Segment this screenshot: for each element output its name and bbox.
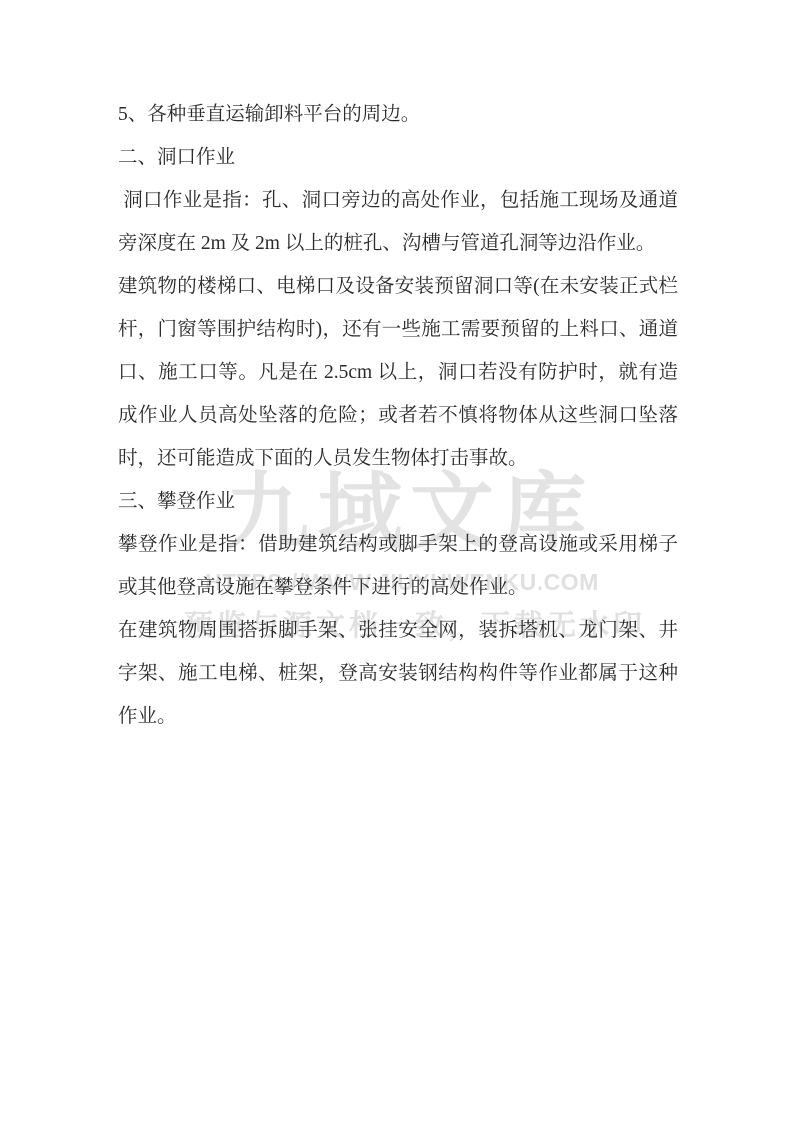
paragraph: 5、各种垂直运输卸料平台的周边。 <box>118 93 678 136</box>
paragraph: 建筑物的楼梯口、电梯口及设备安装预留洞口等(在未安装正式栏杆，门窗等围护结构时)… <box>118 265 678 480</box>
paragraph: 洞口作业是指：孔、洞口旁边的高处作业，包括施工现场及通道旁深度在 2m 及 2m… <box>118 179 678 265</box>
paragraph: 在建筑物周围搭拆脚手架、张挂安全网，装拆塔机、龙门架、井字架、施工电梯、桩架，登… <box>118 609 678 738</box>
document-body: 5、各种垂直运输卸料平台的周边。二、洞口作业 洞口作业是指：孔、洞口旁边的高处作… <box>118 93 678 738</box>
document-page: 九域文库 HTTPS://WWW.JIUYUWENKU.COM 预览与源文档一致… <box>0 0 793 1122</box>
paragraph: 三、攀登作业 <box>118 480 678 523</box>
paragraph: 二、洞口作业 <box>118 136 678 179</box>
paragraph: 攀登作业是指：借助建筑结构或脚手架上的登高设施或采用梯子或其他登高设施在攀登条件… <box>118 523 678 609</box>
